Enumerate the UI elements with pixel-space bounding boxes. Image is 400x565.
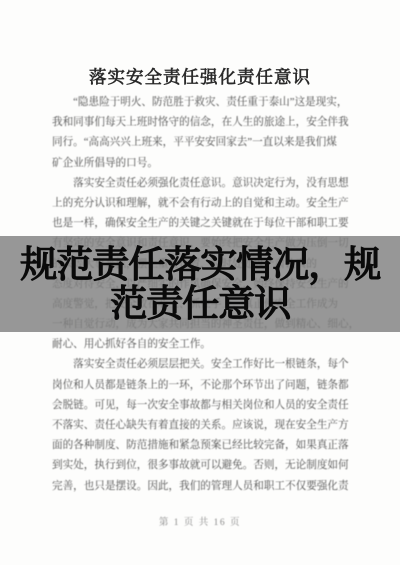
- body-line: “隐患险于明火、防范胜于救灾、责任重于泰山”这是现实，: [52, 93, 352, 113]
- document-page: 落实安全责任强化责任意识 “隐患险于明火、防范胜于救灾、责任重于泰山”这是现实，…: [0, 0, 400, 565]
- body-line: 面的各种制度、防范措施和紧急预案已经比较完备，如果真正落: [52, 436, 352, 456]
- body-line: 同行。“高高兴兴上班来，平平安安回家去”一直以来是我们煤: [52, 133, 352, 153]
- headline-overlay-banner: 规范责任落实情况，规 范责任意识: [0, 236, 400, 332]
- headline-line-1: 规范责任落实情况，规: [0, 245, 400, 284]
- body-line: 到实处，执行到位，很多事故就可以避免。否则，无论制度如何: [52, 456, 352, 476]
- body-line: 落实安全责任必须强化责任意识。意识决定行为，没有思想: [52, 174, 352, 194]
- body-line: 也是一样，确保安全生产的关键之关键就在于每位干部和职工要: [52, 214, 352, 234]
- body-line: 耐心、用心抓好各自的安全工作。: [52, 335, 352, 355]
- headline-line-2: 范责任意识: [0, 284, 400, 323]
- body-line: 上的充分认识和理解，就不会有行动上的自觉和主动。安全生产: [52, 194, 352, 214]
- body-line: 会脱链。可见，每一次安全事故都与相关岗位和人员的安全责任: [52, 396, 352, 416]
- body-line: 岗位和人员都是链条上的一环，不论那个环节出了问题，链条都: [52, 376, 352, 396]
- body-line: 不落实、责任心缺失有着直接的关系。应该说，现在安全生产方: [52, 416, 352, 436]
- page-number-footer: 第 1 页 共 16 页: [0, 514, 400, 528]
- document-title: 落实安全责任强化责任意识: [0, 64, 400, 88]
- body-line: 我和同事们每天上班时恪守的信念，在人生的旅途上，安全伴我: [52, 113, 352, 133]
- body-line: 矿企业所倡导的口号。: [52, 154, 352, 174]
- body-line: 落实安全责任必须层层把关。安全工作好比一根链条，每个: [52, 355, 352, 375]
- body-line: 完善，也只是摆设。因此，我们的管理人员和职工不仅要强化责: [52, 477, 352, 497]
